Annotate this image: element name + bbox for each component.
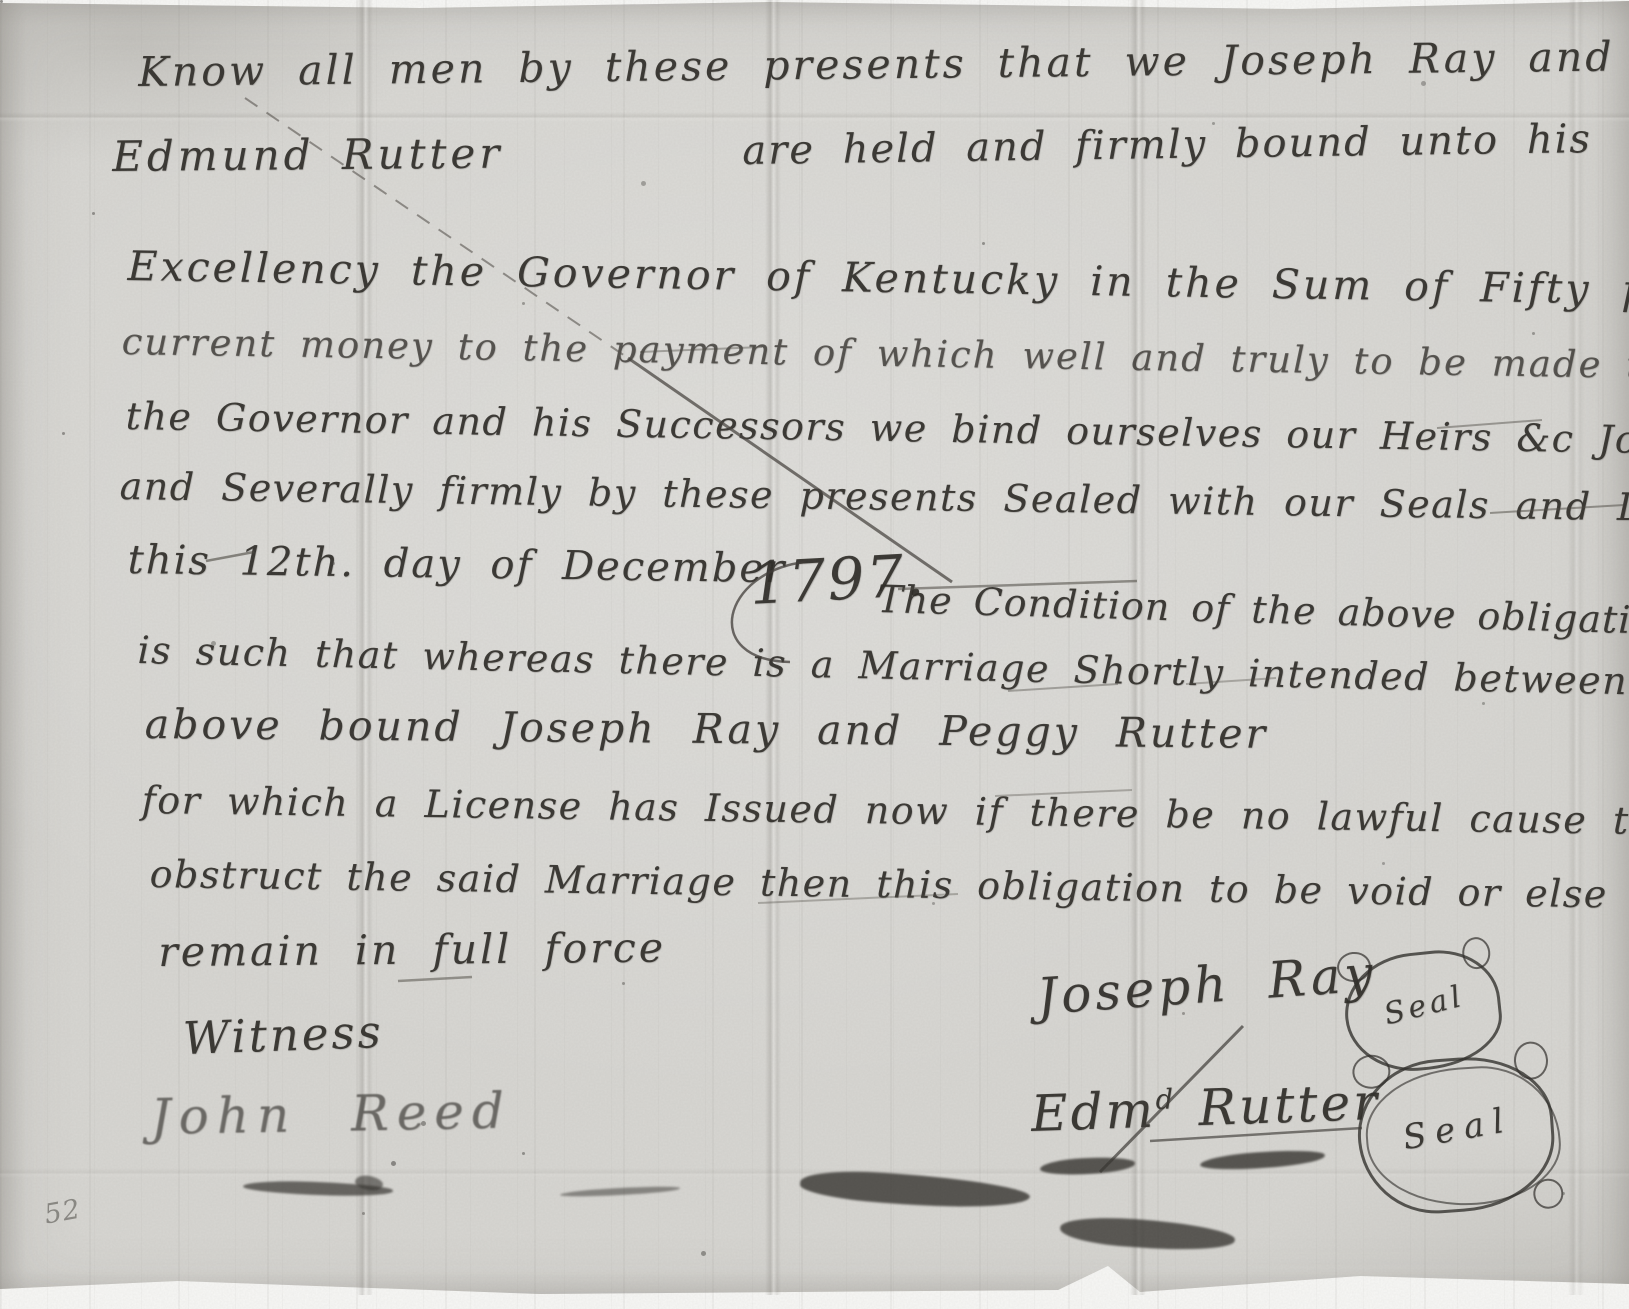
paper-specks: [0, 0, 3, 3]
witness-label: Witness: [182, 1005, 384, 1065]
seal-label: Seal: [1399, 1100, 1515, 1159]
scanned-manuscript-page: Know all men by these presents that we J…: [0, 0, 1629, 1309]
line-obligor-name: Edmund Rutter: [112, 129, 503, 181]
line-date-day: this 12th. day of December: [127, 537, 786, 592]
signature-name-part: Edm: [1030, 1081, 1157, 1143]
page-number-note: 52: [42, 1194, 83, 1231]
seal-label: Seal: [1380, 978, 1468, 1032]
witness-signature: John Reed: [150, 1082, 512, 1146]
signature-superscript: d: [1155, 1083, 1177, 1116]
line-remain-full-force: remain in full force: [158, 924, 666, 976]
signature-name-part: Rutter: [1197, 1073, 1380, 1137]
line-parties-names: above bound Joseph Ray and Peggy Rutter: [145, 700, 1269, 758]
signature-edmund-rutter: EdmdRutter: [1030, 1073, 1381, 1143]
